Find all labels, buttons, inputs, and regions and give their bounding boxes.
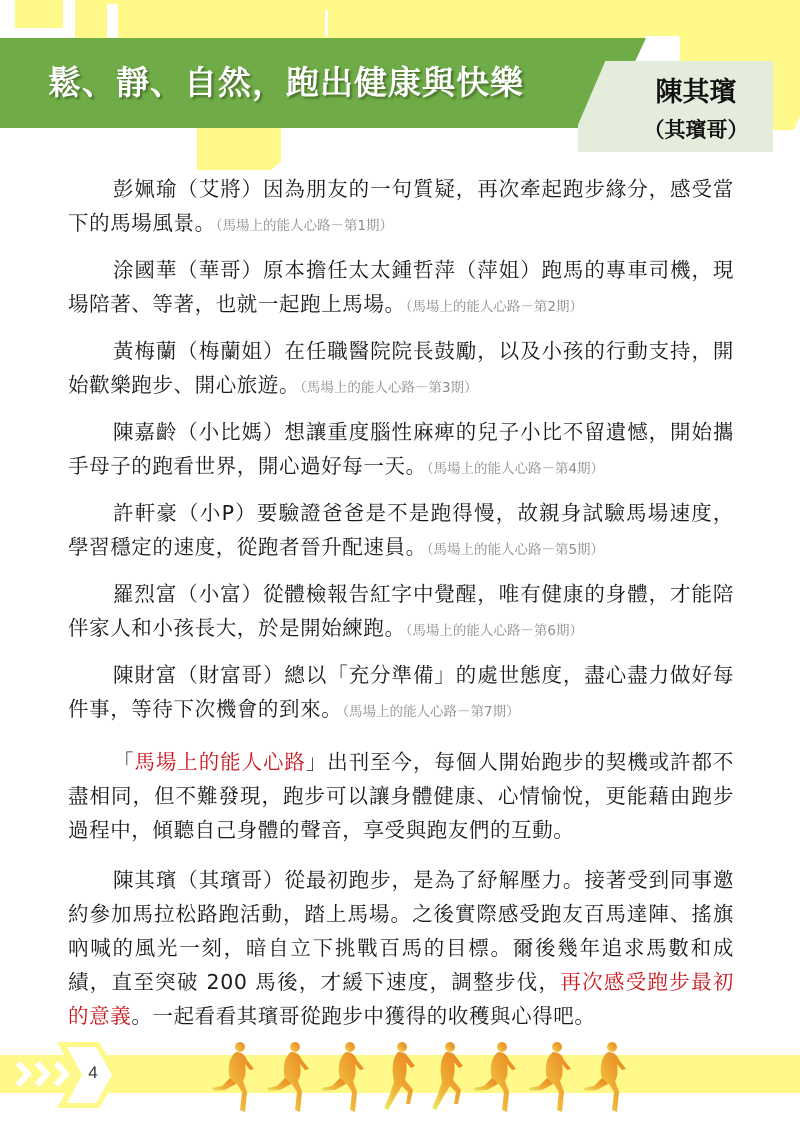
white-gap bbox=[645, 36, 679, 61]
runner-silhouette-icon bbox=[472, 1040, 520, 1116]
intro-text-end: 。一起看看其璸哥從跑步中獲得的收穫與心得吧。 bbox=[131, 1004, 595, 1028]
runner-silhouette-icon bbox=[582, 1040, 630, 1116]
paragraph-text: 羅烈富（小富）從體檢報告紅字中覺醒，唯有健康的身體，才能陪伴家人和小孩長大，於是… bbox=[68, 582, 734, 640]
intro-paragraph: 陳其璸（其璸哥）從最初跑步，是為了紓解壓力。接著受到同事邀約參加馬拉松路跑活動，… bbox=[68, 863, 734, 1033]
white-stripe-1 bbox=[63, 0, 75, 38]
white-corner bbox=[0, 0, 15, 30]
white-stripe-3 bbox=[325, 10, 328, 37]
paragraph-issue-3: 黃梅蘭（梅蘭姐）在任職醫院院長鼓勵，以及小孩的行動支持，開始歡樂跑步、開心旅遊。… bbox=[68, 334, 734, 405]
paragraph-issue-2: 涂國華（華哥）原本擔任太太鍾哲萍（萍姐）跑馬的專車司機，現場陪著、等著，也就一起… bbox=[68, 253, 734, 324]
paragraph-text: 陳嘉齡（小比媽）想讓重度腦性麻痺的兒子小比不留遺憾，開始攜手母子的跑看世界，開心… bbox=[68, 420, 734, 478]
white-notch bbox=[15, 28, 63, 38]
runner-silhouette-icon bbox=[527, 1040, 575, 1116]
paragraph-text: 彭姵瑜（艾將）因為朋友的一句質疑，再次牽起跑步緣分，感受當下的馬場風景。 bbox=[68, 177, 734, 235]
issue-reference: （馬場上的能人心路－第1期） bbox=[216, 218, 393, 234]
runner-silhouette-icon bbox=[372, 1040, 420, 1116]
page-number: 4 bbox=[82, 1063, 104, 1083]
open-quote: 「 bbox=[113, 750, 134, 774]
issue-reference: （馬場上的能人心路－第3期） bbox=[300, 380, 477, 396]
runner-silhouette-icon bbox=[420, 1040, 468, 1116]
white-stripe-2 bbox=[107, 4, 118, 38]
yellow-lower-block bbox=[197, 128, 281, 170]
series-name-highlight: 馬場上的能人心路 bbox=[134, 750, 305, 774]
issue-reference: （馬場上的能人心路－第4期） bbox=[427, 461, 604, 477]
paragraph-issue-7: 陳財富（財富哥）總以「充分準備」的處世態度，盡心盡力做好每件事，等待下次機會的到… bbox=[68, 658, 734, 729]
paragraph-text: 涂國華（華哥）原本擔任太太鍾哲萍（萍姐）跑馬的專車司機，現場陪著、等著，也就一起… bbox=[68, 258, 734, 316]
runner-silhouette-icon bbox=[210, 1040, 258, 1116]
article-body: 彭姵瑜（艾將）因為朋友的一句質疑，再次牽起跑步緣分，感受當下的馬場風景。（馬場上… bbox=[68, 172, 734, 1043]
author-name: 陳其璸 bbox=[640, 70, 752, 109]
summary-paragraph: 「馬場上的能人心路」出刊至今，每個人開始跑步的契機或許都不盡相同，但不難發現，跑… bbox=[68, 745, 734, 847]
paragraph-text: 許軒豪（小P）要驗證爸爸是不是跑得慢，故親身試驗馬場速度，學習穩定的速度，從跑者… bbox=[68, 501, 734, 559]
runner-silhouette-icon bbox=[320, 1040, 368, 1116]
paragraph-issue-1: 彭姵瑜（艾將）因為朋友的一句質疑，再次牽起跑步緣分，感受當下的馬場風景。（馬場上… bbox=[68, 172, 734, 243]
author-nickname: （其璸哥） bbox=[640, 114, 752, 144]
runner-silhouette-icon bbox=[265, 1040, 313, 1116]
issue-reference: （馬場上的能人心路－第5期） bbox=[427, 542, 604, 558]
issue-reference: （馬場上的能人心路－第2期） bbox=[406, 299, 583, 315]
paragraph-issue-4: 陳嘉齡（小比媽）想讓重度腦性麻痺的兒子小比不留遺憾，開始攜手母子的跑看世界，開心… bbox=[68, 415, 734, 486]
paragraph-issue-5: 許軒豪（小P）要驗證爸爸是不是跑得慢，故親身試驗馬場速度，學習穩定的速度，從跑者… bbox=[68, 496, 734, 567]
issue-reference: （馬場上的能人心路－第7期） bbox=[342, 704, 519, 720]
paragraph-issue-6: 羅烈富（小富）從體檢報告紅字中覺醒，唯有健康的身體，才能陪伴家人和小孩長大，於是… bbox=[68, 577, 734, 648]
page-title: 鬆、靜、自然，跑出健康與快樂 bbox=[48, 38, 524, 128]
issue-reference: （馬場上的能人心路－第6期） bbox=[406, 623, 583, 639]
